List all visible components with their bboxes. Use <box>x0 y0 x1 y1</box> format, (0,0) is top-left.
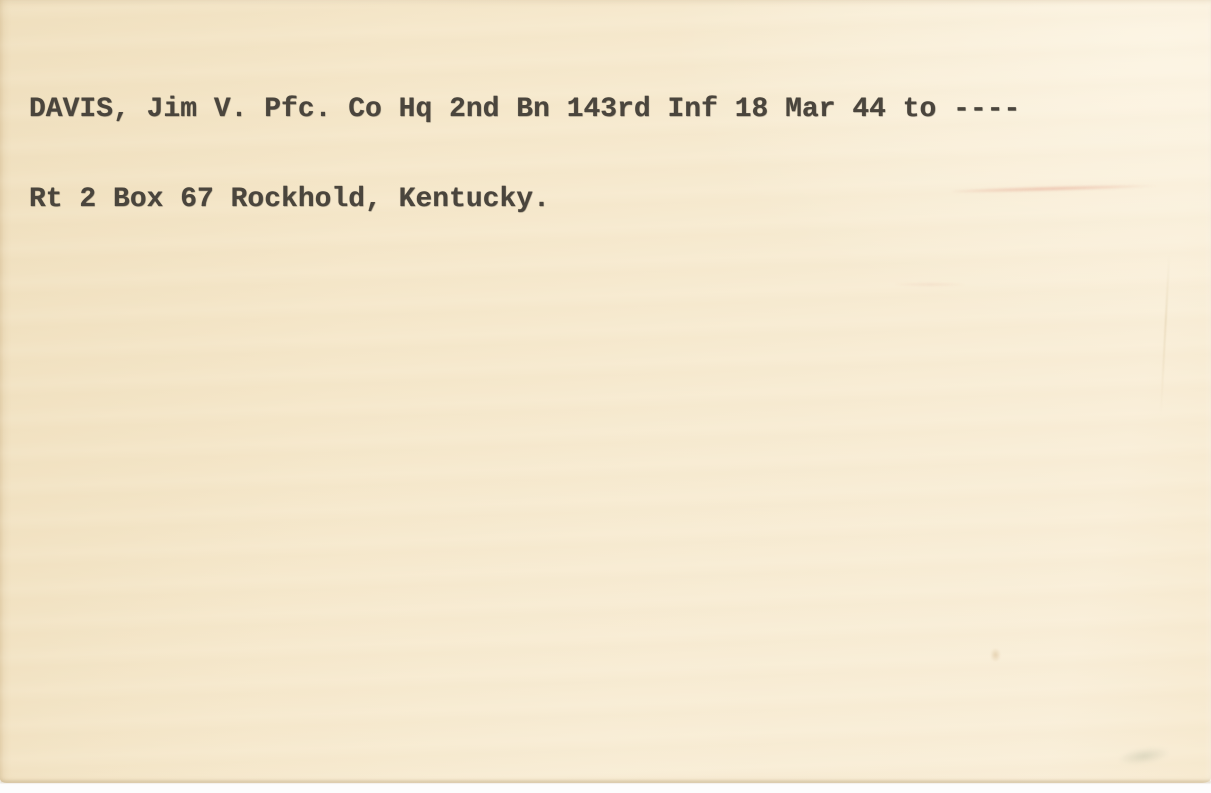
card-bottom-edge-shadow <box>0 779 1211 784</box>
stain-dot <box>990 648 1001 662</box>
typed-line-service-record: DAVIS, Jim V. Pfc. Co Hq 2nd Bn 143rd In… <box>29 95 1020 125</box>
pink-pencil-trace <box>895 283 965 286</box>
index-card: DAVIS, Jim V. Pfc. Co Hq 2nd Bn 143rd In… <box>0 0 1211 783</box>
scanned-document: DAVIS, Jim V. Pfc. Co Hq 2nd Bn 143rd In… <box>0 0 1211 793</box>
typed-line-address: Rt 2 Box 67 Rockhold, Kentucky. <box>29 185 1020 215</box>
smudge-mark <box>1117 744 1171 767</box>
paper-crease <box>1160 255 1170 415</box>
typed-text-block: DAVIS, Jim V. Pfc. Co Hq 2nd Bn 143rd In… <box>29 35 1020 275</box>
